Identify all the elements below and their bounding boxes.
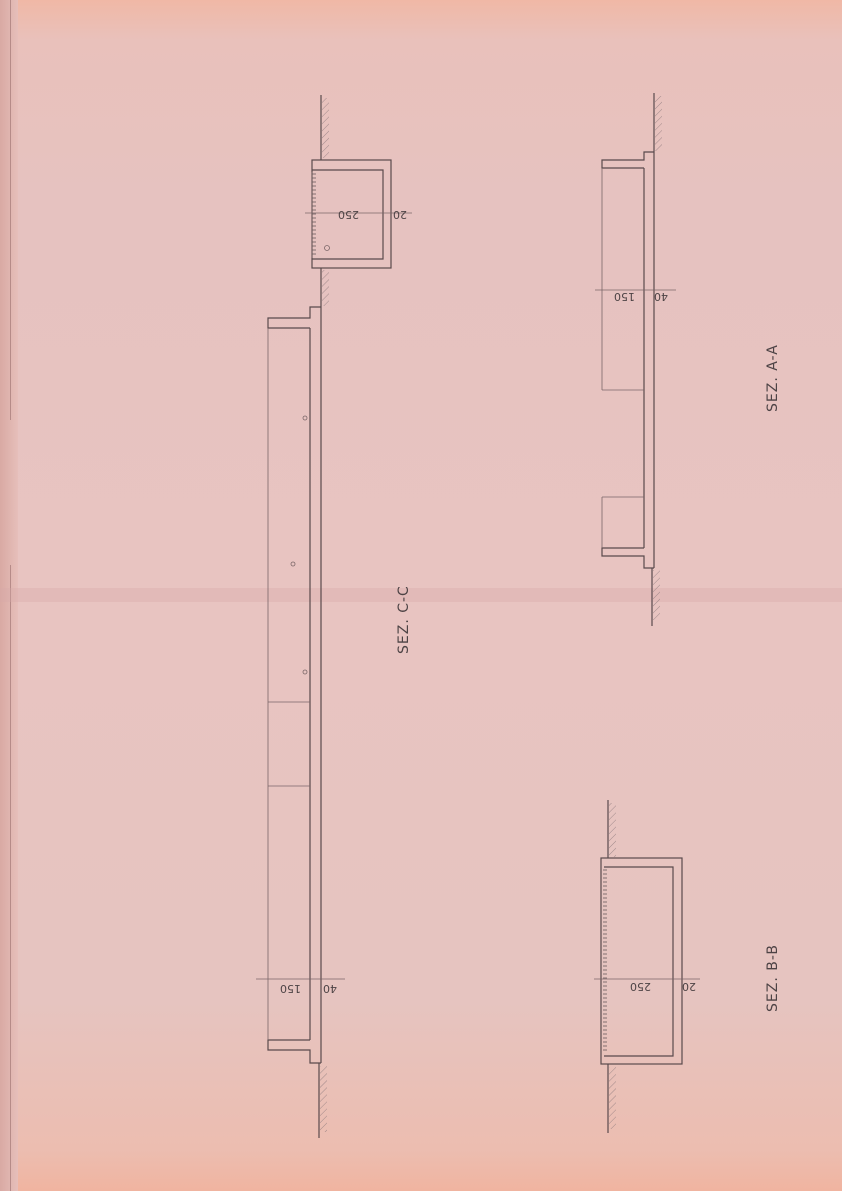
dim-wall-depth-c: 150 — [280, 982, 301, 995]
dim-slab-c: 40 — [323, 982, 337, 995]
section-b-b-drawing — [594, 800, 700, 1133]
dim-slab-a: 40 — [654, 290, 668, 303]
dim-inner-b: 250 — [630, 980, 651, 993]
dim-wall-b: 20 — [682, 980, 696, 993]
dim-box-inner-c: 250 — [338, 208, 359, 221]
section-title-b-b: SEZ. B-B — [765, 944, 781, 1012]
section-title-c-c: SEZ. C-C — [396, 585, 412, 654]
section-a-a-drawing — [595, 93, 676, 626]
section-title-a-a: SEZ. A-A — [765, 344, 781, 412]
technical-drawing — [0, 0, 842, 1191]
dim-box-wall-c: 20 — [393, 208, 407, 221]
dim-wall-depth-a: 150 — [614, 290, 635, 303]
